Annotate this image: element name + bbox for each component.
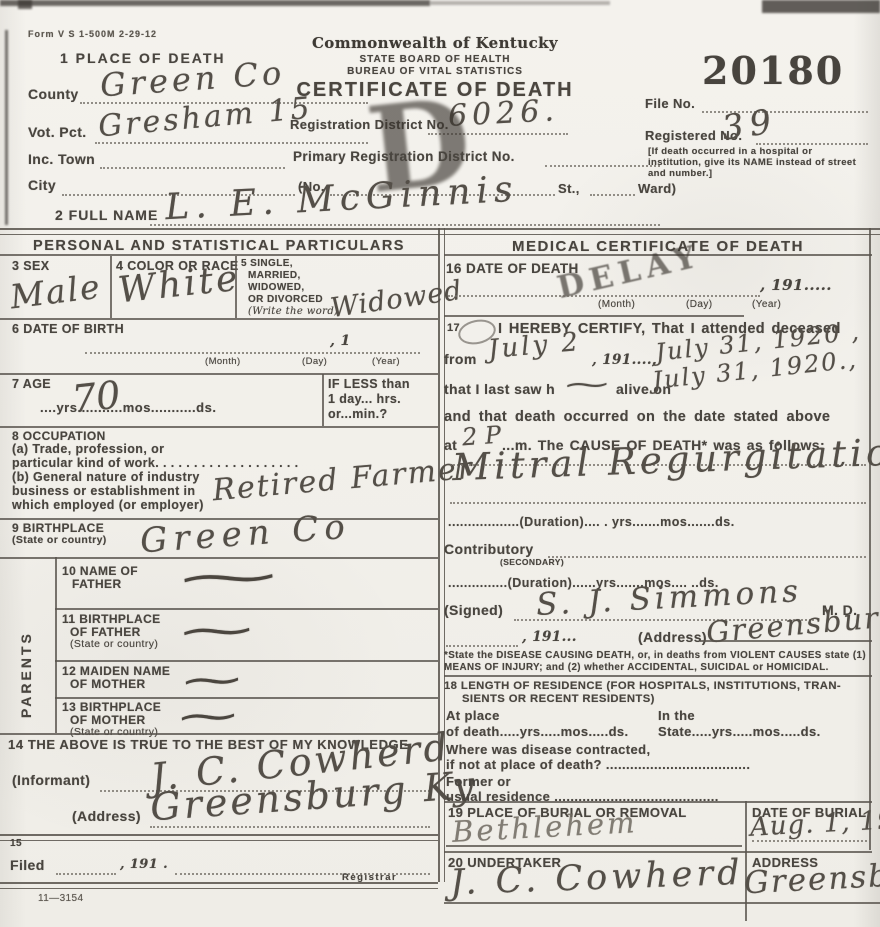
filed-rule1	[56, 871, 116, 875]
contracted-line-1: Where was disease contracted,	[446, 742, 651, 757]
item15-label: 15	[10, 838, 22, 849]
mother-bp-label-1: 13 BIRTHPLACE	[62, 700, 161, 714]
full-name-label: 2 FULL NAME	[55, 207, 158, 223]
father-bp-label-1: 11 BIRTHPLACE	[62, 612, 161, 626]
precinct-label: Vot. Pct.	[28, 124, 87, 140]
certify-from-label: from	[444, 351, 477, 367]
age-units: ....yrs...........mos...........ds.	[40, 400, 216, 415]
dod-year: , 191.....	[760, 276, 832, 294]
marital-label-1: 5 SINGLE,	[241, 258, 293, 269]
address-label: (Address)	[638, 629, 707, 645]
sex-label: 3 SEX	[12, 259, 49, 273]
occupation-a2: particular kind of work. . . . . . . . .…	[12, 456, 299, 470]
rule-l1	[0, 254, 438, 256]
mother-bp-label-2: OF MOTHER	[70, 713, 146, 727]
hospital-note: [If death occurred in a hospital or inst…	[648, 146, 868, 179]
file-no-label: File No.	[645, 96, 695, 111]
inc-town-rule	[100, 165, 285, 169]
dob-rule	[85, 350, 420, 354]
cause-rule-bottom	[450, 500, 866, 504]
rule-parents-strip	[55, 557, 57, 733]
state-board-line: STATE BOARD OF HEALTH	[300, 54, 570, 65]
occupation-b3: which employed (or employer)	[12, 498, 204, 512]
dod-month-label: (Month)	[598, 299, 635, 310]
father-name-label-2: FATHER	[72, 577, 122, 591]
burial-date-rule	[752, 838, 867, 842]
dob-day-label: (Day)	[302, 356, 327, 367]
scan-line-left	[5, 30, 8, 225]
rule-race-marital	[235, 256, 237, 318]
age-less-3: or...min.?	[328, 407, 388, 421]
rule-r8	[444, 902, 880, 904]
filed-label: Filed	[10, 857, 45, 873]
duration1-label: ..................(Duration).... . yrs..…	[448, 515, 735, 529]
marital-label-2: MARRIED,	[248, 270, 301, 281]
scan-edge-top-right	[762, 0, 880, 13]
mother-name-label-1: 12 MAIDEN NAME	[62, 664, 170, 678]
residence-label-2: SIENTS OR RECENT RESIDENTS)	[462, 693, 655, 705]
of-death-line: of death.....yrs.....mos.....ds.	[446, 724, 629, 739]
scan-edge-top-mid	[430, 1, 610, 5]
death-certificate-scan: Form V S 1-500M 2-29-12 1 PLACE OF DEATH…	[0, 0, 880, 927]
dod-yr-label: (Year)	[752, 299, 781, 310]
residence-label-1: 18 LENGTH OF RESIDENCE (FOR HOSPITALS, I…	[444, 680, 841, 692]
occupation-label: 8 OCCUPATION	[12, 429, 106, 443]
rule-age-less	[322, 374, 324, 426]
marital-label-4: OR DIVORCED	[248, 294, 323, 305]
rule-l4	[0, 426, 438, 428]
birthplace-sub: (State or country)	[12, 534, 107, 546]
rule-sex-race	[110, 256, 112, 318]
rule-r6a	[446, 845, 742, 847]
cause-note: *State the DISEASE CAUSING DEATH, or, in…	[444, 650, 874, 673]
contributory-label: Contributory	[444, 541, 534, 557]
occupation-b2: business or establishment in	[12, 484, 195, 498]
city-ward-label: Ward)	[638, 181, 676, 196]
registered-no-value: 39	[719, 101, 779, 148]
sex-value: Male	[8, 267, 104, 317]
father-bp-label-3: (State or country)	[70, 638, 158, 650]
in-the-label: In the	[658, 708, 695, 723]
certificate-number: 20180	[702, 48, 844, 93]
mother-bp-value: ~	[171, 693, 244, 738]
certify-saw-dash: ~	[561, 370, 613, 400]
rule-l11	[0, 834, 438, 841]
age-less-2: 1 day... hrs.	[328, 392, 401, 406]
personal-section-title: PERSONAL AND STATISTICAL PARTICULARS	[0, 238, 438, 254]
contracted-line-2: if not at place of death? ..............…	[446, 757, 750, 772]
father-bp-label-2: OF FATHER	[70, 625, 141, 639]
rule-r7	[444, 851, 872, 853]
former-line-1: Former or	[446, 774, 511, 789]
city-label: City	[28, 177, 56, 193]
mother-name-label-2: OF MOTHER	[70, 677, 146, 691]
signed-label: (Signed)	[444, 602, 503, 618]
rule-l3	[0, 373, 438, 375]
rule-r5	[444, 801, 872, 803]
age-less-1: IF LESS than	[328, 377, 410, 391]
primary-registration-rule	[545, 163, 660, 167]
father-bp-value: ~	[171, 607, 262, 654]
father-name-label-1: 10 NAME OF	[62, 564, 138, 578]
secondary-label: (SECONDARY)	[500, 557, 564, 567]
birthplace-label: 9 BIRTHPLACE	[12, 521, 104, 535]
certify-saw-label: that I last saw h	[444, 381, 555, 397]
form-code: Form V S 1-500M 2-29-12	[28, 29, 157, 39]
contributory-rule	[548, 554, 866, 558]
dob-year-label: (Year)	[372, 356, 400, 367]
dod-day-label: (Day)	[686, 299, 712, 310]
marital-label-5: (Write the word)	[248, 306, 338, 317]
primary-registration-label: Primary Registration District No.	[293, 149, 515, 164]
dob-month-label: (Month)	[205, 356, 241, 367]
right-edge-rule	[869, 228, 871, 850]
dob-label: 6 DATE OF BIRTH	[12, 322, 124, 336]
filed-year: , 191 .	[120, 857, 168, 872]
certify-line-4: and that death occurred on the date stat…	[444, 409, 830, 425]
scan-tick-top	[18, 0, 32, 9]
state-line: State.....yrs.....mos.....ds.	[658, 724, 821, 739]
rule-l9	[55, 697, 438, 699]
inc-town-label: Inc. Town	[28, 151, 95, 167]
county-label: County	[28, 86, 79, 102]
at-place-label: At place	[446, 708, 500, 723]
rule-l8	[55, 660, 438, 662]
parents-label: PARENTS	[18, 578, 34, 718]
occupation-b1: (b) General nature of industry	[12, 470, 200, 484]
marital-label-3: WIDOWED,	[248, 282, 305, 293]
occupation-a1: (a) Trade, profession, or	[12, 442, 164, 456]
sign-year-rule	[446, 643, 518, 647]
rule-r2	[444, 315, 744, 317]
informant-address-label: (Address)	[72, 808, 141, 824]
rule-r3	[700, 640, 872, 642]
rule-l12	[0, 882, 438, 889]
scan-edge-top-left	[0, 0, 430, 6]
rule-r4	[444, 675, 872, 677]
commonwealth-title: Commonwealth of Kentucky	[300, 34, 570, 52]
age-label: 7 AGE	[12, 377, 51, 391]
full-name-value: L. E. McGinnis	[164, 169, 519, 228]
father-name-value: ~	[167, 551, 291, 603]
city-rule3	[590, 192, 635, 196]
plate-code: 11—3154	[38, 893, 83, 904]
rule-l2	[0, 318, 438, 320]
sign-year: , 191...	[522, 629, 577, 645]
city-st-label: St.,	[558, 181, 580, 196]
certify-from-year: , 191....,	[592, 352, 657, 368]
dob-value: , 1	[330, 333, 351, 349]
dod-rule	[448, 293, 760, 297]
informant-label: (Informant)	[12, 772, 90, 788]
